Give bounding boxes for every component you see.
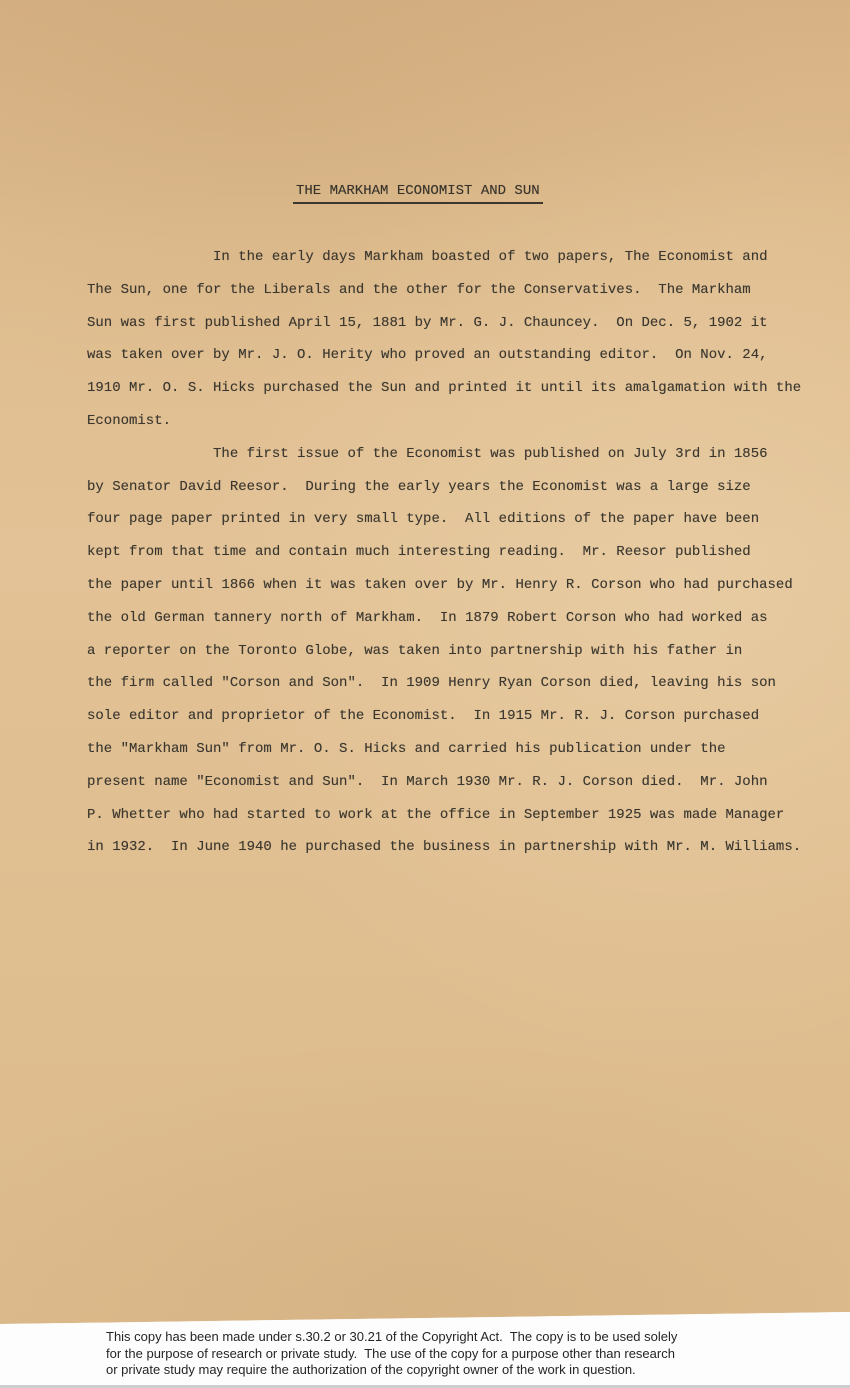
text-line: Sun was first published April 15, 1881 b… xyxy=(87,307,817,340)
text-line: present name "Economist and Sun". In Mar… xyxy=(87,766,817,799)
text-line: for the purpose of research or private s… xyxy=(106,1346,677,1363)
text-line: Economist. xyxy=(87,405,817,438)
text-line: sole editor and proprietor of the Econom… xyxy=(87,700,817,733)
text-line: was taken over by Mr. J. O. Herity who p… xyxy=(87,339,817,372)
text-line: by Senator David Reesor. During the earl… xyxy=(87,471,817,504)
document-body: In the early days Markham boasted of two… xyxy=(87,241,817,864)
document-title: THE MARKHAM ECONOMIST AND SUN xyxy=(293,183,543,204)
text-line: the paper until 1866 when it was taken o… xyxy=(87,569,817,602)
text-line: The first issue of the Economist was pub… xyxy=(87,438,817,471)
text-line: This copy has been made under s.30.2 or … xyxy=(106,1329,677,1346)
text-line: a reporter on the Toronto Globe, was tak… xyxy=(87,635,817,668)
text-line: in 1932. In June 1940 he purchased the b… xyxy=(87,831,817,864)
text-line: kept from that time and contain much int… xyxy=(87,536,817,569)
text-line: 1910 Mr. O. S. Hicks purchased the Sun a… xyxy=(87,372,817,405)
text-line: P. Whetter who had started to work at th… xyxy=(87,799,817,832)
text-line: the old German tannery north of Markham.… xyxy=(87,602,817,635)
text-line: the "Markham Sun" from Mr. O. S. Hicks a… xyxy=(87,733,817,766)
text-line: four page paper printed in very small ty… xyxy=(87,503,817,536)
copyright-notice: This copy has been made under s.30.2 or … xyxy=(106,1329,677,1379)
text-line: In the early days Markham boasted of two… xyxy=(87,241,817,274)
text-line: the firm called "Corson and Son". In 190… xyxy=(87,667,817,700)
text-line: or private study may require the authori… xyxy=(106,1362,677,1379)
text-line: The Sun, one for the Liberals and the ot… xyxy=(87,274,817,307)
